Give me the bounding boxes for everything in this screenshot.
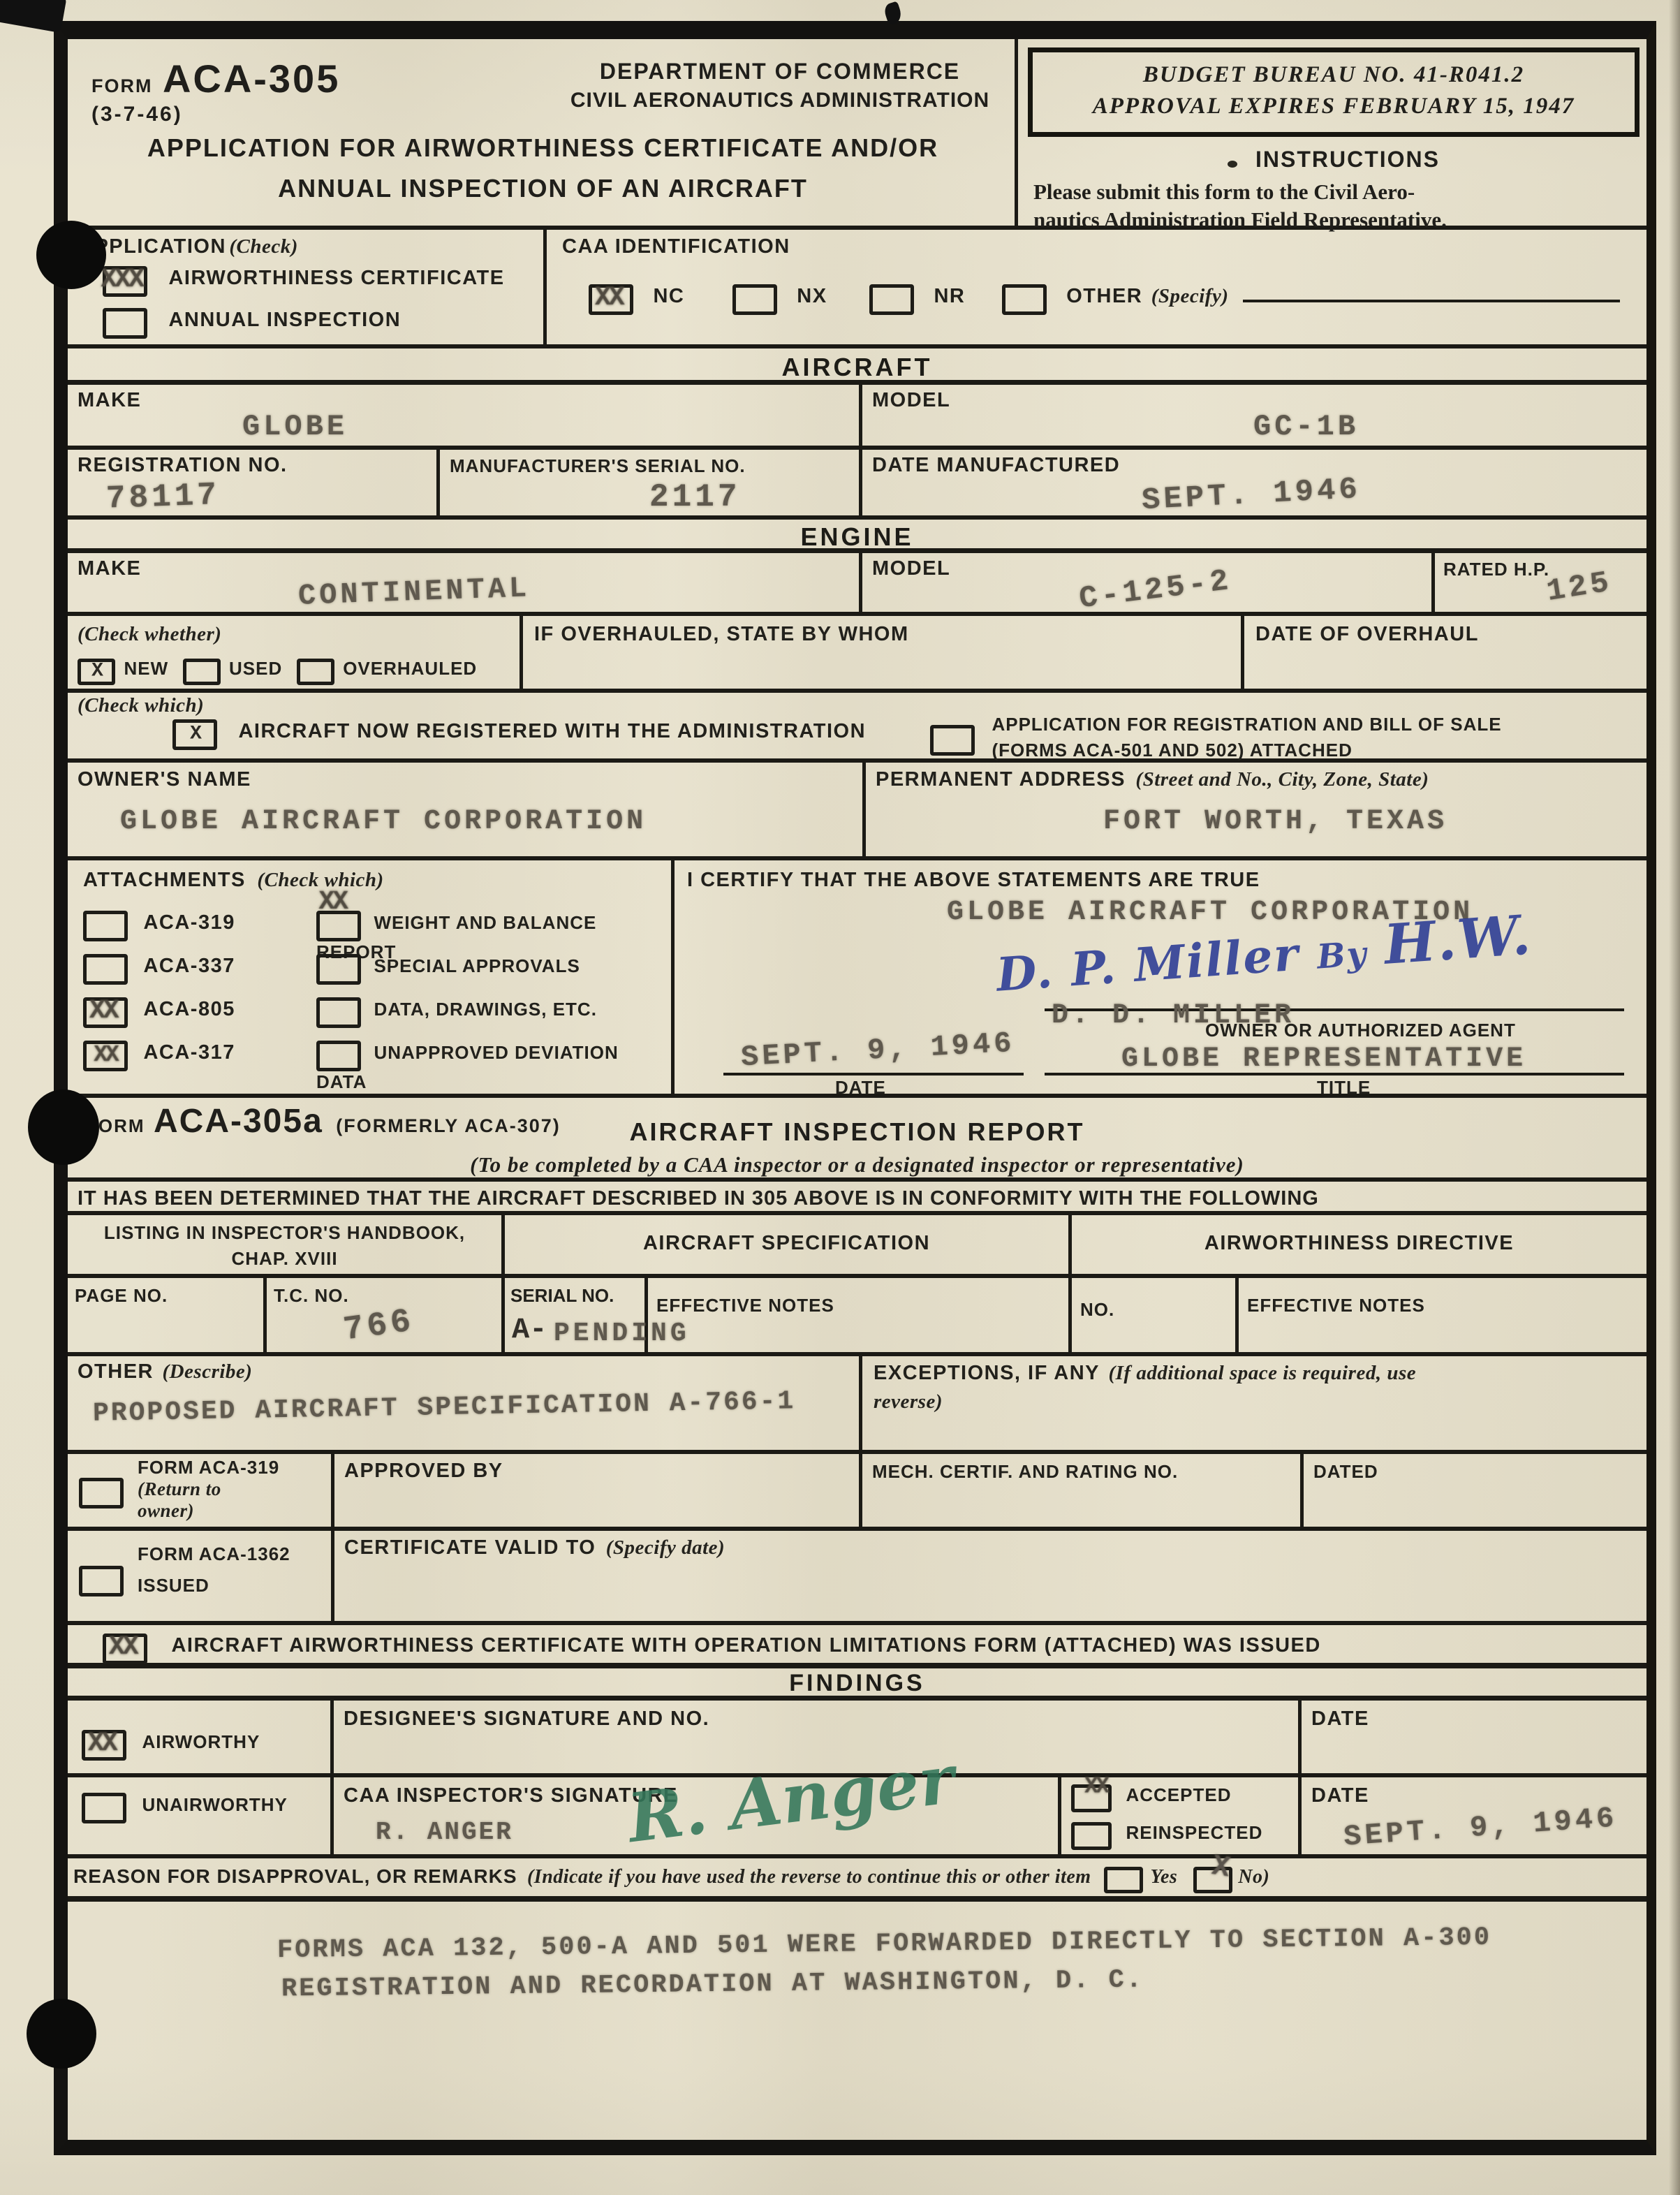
directive-no-cell[interactable]: NO. <box>1072 1278 1239 1352</box>
exceptions-note-line1: (If additional space is required, use <box>1108 1362 1416 1384</box>
overhauled-by-label: IF OVERHAULED, STATE BY WHOM <box>534 623 909 646</box>
airworthy-cell: XX AIRWORTHY <box>68 1701 334 1773</box>
form-aca319-label: FORM ACA-319 <box>138 1457 279 1478</box>
punch-hole <box>28 1089 99 1165</box>
certification-section: I CERTIFY THAT THE ABOVE STATEMENTS ARE … <box>675 860 1646 1094</box>
tc-no-value: 766 <box>341 1302 417 1350</box>
check-mark: XX <box>1084 1773 1107 1799</box>
airworthiness-certificate-checkbox[interactable]: XXX <box>103 266 147 297</box>
reason-label: REASON FOR DISAPPROVAL, OR REMARKS <box>73 1865 517 1887</box>
aircraft-registration-row: REGISTRATION NO. 78117 MANUFACTURER'S SE… <box>68 450 1646 520</box>
registration-application-label-line2: (FORMS ACA-501 AND 502) ATTACHED <box>992 740 1501 761</box>
check-mark: XX <box>94 1042 117 1068</box>
aca319-row: FORM ACA-319 (Return to owner) APPROVED … <box>68 1454 1646 1531</box>
form-number: ACA-305 <box>163 57 340 101</box>
manufacturer-serial-value: 2117 <box>649 479 740 515</box>
annual-inspection-checkbox[interactable] <box>103 308 147 339</box>
unapproved-deviation-label: UNAPPROVED DEVIATION DATA <box>316 1042 619 1092</box>
directive-notes-cell[interactable]: EFFECTIVE NOTES <box>1239 1278 1646 1352</box>
inspector-signature-cell[interactable]: CAA INSPECTOR'S SIGNATURE R. ANGER R. An… <box>334 1777 1061 1854</box>
conformity-table-subrow: PAGE NO. T.C. NO. 766 SERIAL NO. A- PEND… <box>68 1278 1646 1356</box>
registration-no-label: REGISTRATION NO. <box>78 454 288 477</box>
owner-name-value: GLOBE AIRCRAFT CORPORATION <box>120 806 647 837</box>
owner-name-label: OWNER'S NAME <box>78 768 251 791</box>
airworthy-checkbox[interactable]: XX <box>82 1730 126 1761</box>
other-describe-note: (Describe) <box>162 1360 252 1383</box>
aircraft-section-banner: AIRCRAFT <box>68 348 1646 385</box>
reinspected-checkbox[interactable] <box>1071 1822 1112 1850</box>
owner-name-cell[interactable]: OWNER'S NAME GLOBE AIRCRAFT CORPORATION <box>68 763 866 856</box>
aca319-return-cell: FORM ACA-319 (Return to owner) <box>68 1454 334 1527</box>
other-specify-note: (Specify) <box>1151 285 1229 307</box>
determination-row: IT HAS BEEN DETERMINED THAT THE AIRCRAFT… <box>68 1182 1646 1215</box>
budget-bureau-box: BUDGET BUREAU NO. 41-R041.2 APPROVAL EXP… <box>1028 47 1640 137</box>
conformity-table-header: LISTING IN INSPECTOR'S HANDBOOK, CHAP. X… <box>68 1215 1646 1278</box>
remarks-line1: FORMS ACA 132, 500-A AND 501 WERE FORWAR… <box>277 1923 1491 1965</box>
designee-date-cell[interactable]: DATE <box>1302 1701 1646 1773</box>
mech-certif-label: MECH. CERTIF. AND RATING NO. <box>872 1461 1178 1483</box>
special-approvals-checkbox[interactable] <box>316 954 361 985</box>
accepted-checkbox[interactable]: XX <box>1071 1784 1112 1812</box>
aircraft-model-cell[interactable]: MODEL GC-1B <box>862 385 1646 446</box>
nr-label: NR <box>934 285 965 307</box>
handbook-header-line1: LISTING IN INSPECTOR'S HANDBOOK, <box>68 1222 501 1244</box>
approval-expires: APPROVAL EXPIRES FEBRUARY 15, 1947 <box>1033 94 1635 119</box>
unairworthy-cell: UNAIRWORTHY <box>68 1777 334 1854</box>
check-mark: X <box>190 723 200 744</box>
aircraft-section-title: AIRCRAFT <box>68 348 1646 382</box>
aircraft-model-value: GC-1B <box>1253 410 1359 443</box>
bullet-icon <box>1228 161 1237 168</box>
form-border: FORM ACA-305 (3-7-46) DEPARTMENT OF COMM… <box>54 21 1656 2155</box>
findings-banner: FINDINGS <box>68 1668 1646 1701</box>
aca-317-checkbox[interactable]: XX <box>83 1041 128 1071</box>
certificate-valid-cell[interactable]: CERTIFICATE VALID TO (Specify date) <box>334 1531 1646 1621</box>
instructions-title: INSTRUCTIONS <box>1255 147 1440 172</box>
pending-stamp: PENDING <box>554 1319 690 1349</box>
engine-condition-cell: (Check whether) X NEW USED OVERHAULED <box>68 616 523 689</box>
form-title-line2: ANNUAL INSPECTION OF AN AIRCRAFT <box>68 174 1018 203</box>
date-rule <box>723 1073 1024 1076</box>
engine-model-value: C-125-2 <box>1077 564 1234 617</box>
airworthy-label: AIRWORTHY <box>142 1731 260 1752</box>
aircraft-model-label: MODEL <box>872 389 950 412</box>
exceptions-cell[interactable]: EXCEPTIONS, IF ANY (If additional space … <box>862 1356 1646 1450</box>
spec-serial-value: A- <box>512 1313 547 1346</box>
airworthiness-certificate-label: AIRWORTHINESS CERTIFICATE <box>168 267 504 289</box>
aircraft-make-row: MAKE GLOBE MODEL GC-1B <box>68 385 1646 450</box>
exceptions-label: EXCEPTIONS, IF ANY <box>874 1362 1100 1384</box>
special-approvals-label: SPECIAL APPROVALS <box>374 955 580 976</box>
overhaul-date-label: DATE OF OVERHAUL <box>1255 623 1479 646</box>
page-no-cell[interactable]: PAGE NO. <box>68 1278 267 1352</box>
page-no-label: PAGE NO. <box>75 1285 168 1307</box>
exceptions-note-line2: reverse) <box>874 1390 1416 1414</box>
handbook-header-line2: CHAP. XVIII <box>68 1248 501 1270</box>
tc-no-cell[interactable]: T.C. NO. 766 <box>267 1278 505 1352</box>
agent-label: OWNER OR AUTHORIZED AGENT <box>1205 1020 1516 1041</box>
inspection-date-cell[interactable]: DATE SEPT. 9, 1946 <box>1302 1777 1646 1854</box>
aircraft-make-cell[interactable]: MAKE GLOBE <box>68 385 862 446</box>
other-describe-label: OTHER <box>78 1360 154 1383</box>
overhauled-by-cell[interactable]: IF OVERHAULED, STATE BY WHOM <box>523 616 1244 689</box>
inspection-report-header: FORM ACA-305a (FORMERLY ACA-307) AIRCRAF… <box>68 1098 1646 1182</box>
aca-805-checkbox[interactable]: XX <box>83 997 128 1028</box>
nc-label: NC <box>653 285 684 307</box>
rated-hp-cell[interactable]: RATED H.P. 125 <box>1435 553 1646 612</box>
nx-checkbox[interactable] <box>732 284 777 315</box>
data-drawings-label: DATA, DRAWINGS, ETC. <box>374 999 596 1020</box>
certify-title-label: TITLE <box>1317 1077 1371 1099</box>
designee-signature-label: DESIGNEE'S SIGNATURE AND NO. <box>344 1708 709 1731</box>
form-header-left: FORM ACA-305 (3-7-46) DEPARTMENT OF COMM… <box>68 39 1018 226</box>
directive-header-cell: AIRWORTHINESS DIRECTIVE <box>1072 1215 1646 1274</box>
remarks-area[interactable]: FORMS ACA 132, 500-A AND 501 WERE FORWAR… <box>68 1902 1646 2142</box>
check-mark: XX <box>88 1728 116 1759</box>
inspection-date-label: DATE <box>1311 1784 1369 1807</box>
spec-notes-cell[interactable]: EFFECTIVE NOTES <box>648 1278 1072 1352</box>
reason-row: REASON FOR DISAPPROVAL, OR REMARKS (Indi… <box>68 1858 1646 1902</box>
engine-make-value: CONTINENTAL <box>297 571 531 613</box>
form-aca319-return-note1: (Return to <box>138 1478 279 1500</box>
owner-address-value: FORT WORTH, TEXAS <box>1103 806 1447 837</box>
punch-hole <box>36 221 106 289</box>
registration-no-value: 78117 <box>105 477 221 517</box>
form-revision: (3-7-46) <box>91 103 340 126</box>
inspector-name-stamp: R. ANGER <box>376 1818 513 1847</box>
engine-make-row: MAKE CONTINENTAL MODEL C-125-2 RATED H.P… <box>68 553 1646 616</box>
nr-checkbox[interactable] <box>869 284 914 315</box>
engine-overhauled-checkbox[interactable] <box>297 659 334 685</box>
form-header-right: BUDGET BUREAU NO. 41-R041.2 APPROVAL EXP… <box>1018 39 1646 226</box>
aca-317-label: ACA-317 <box>143 1041 235 1064</box>
directive-notes-label: EFFECTIVE NOTES <box>1247 1295 1425 1316</box>
engine-new-label: NEW <box>124 658 168 679</box>
determination-text: IT HAS BEEN DETERMINED THAT THE AIRCRAFT… <box>78 1187 1319 1210</box>
unairworthy-checkbox[interactable] <box>82 1793 126 1823</box>
caa-identification-section: CAA IDENTIFICATION XX NC NX NR OTHER (Sp… <box>547 230 1646 344</box>
handbook-header-cell: LISTING IN INSPECTOR'S HANDBOOK, CHAP. X… <box>68 1215 505 1274</box>
engine-condition-row: (Check whether) X NEW USED OVERHAULED IF… <box>68 616 1646 693</box>
instructions-line1: Please submit this form to the Civil Aer… <box>1033 179 1640 205</box>
spec-serial-cell[interactable]: SERIAL NO. A- PENDING <box>505 1278 648 1352</box>
form-aca319-return-note2: owner) <box>138 1500 279 1522</box>
certificate-issued-label: AIRCRAFT AIRWORTHINESS CERTIFICATE WITH … <box>171 1634 1320 1657</box>
attachments-certification-row: ATTACHMENTS (Check which) ACA-319 ACA-33… <box>68 860 1646 1098</box>
registered-label: AIRCRAFT NOW REGISTERED WITH THE ADMINIS… <box>238 720 866 742</box>
engine-section-title: ENGINE <box>68 520 1646 552</box>
designee-date-label: DATE <box>1311 1708 1369 1731</box>
aircraft-make-value: GLOBE <box>242 410 348 443</box>
check-mark: XX <box>318 887 346 917</box>
check-mark: XX <box>595 283 623 313</box>
engine-make-label: MAKE <box>78 557 141 580</box>
department-line1: DEPARTMENT OF COMMERCE <box>550 59 1010 85</box>
directive-header: AIRWORTHINESS DIRECTIVE <box>1072 1232 1646 1255</box>
dated-cell[interactable]: DATED <box>1304 1454 1646 1527</box>
form-aca1362-label: FORM ACA-1362 <box>138 1543 290 1565</box>
accepted-label: ACCEPTED <box>1126 1784 1231 1805</box>
form-word: FORM <box>91 75 152 96</box>
certify-statement: I CERTIFY THAT THE ABOVE STATEMENTS ARE … <box>687 869 1260 892</box>
punch-hole <box>27 1999 96 2069</box>
remarks-line2: REGISTRATION AND RECORDATION AT WASHINGT… <box>281 1966 1144 2004</box>
check-mark: XX <box>89 996 117 1026</box>
unapproved-deviation-checkbox[interactable] <box>316 1041 361 1071</box>
spec-notes-label: EFFECTIVE NOTES <box>656 1295 834 1316</box>
directive-no-label: NO. <box>1080 1299 1114 1321</box>
engine-used-checkbox[interactable] <box>183 659 221 685</box>
registration-status-row: (Check which) X AIRCRAFT NOW REGISTERED … <box>68 693 1646 763</box>
engine-model-cell[interactable]: MODEL C-125-2 <box>862 553 1435 612</box>
spec-header: AIRCRAFT SPECIFICATION <box>505 1232 1068 1255</box>
reason-note: (Indicate if you have used the reverse t… <box>527 1866 1091 1888</box>
rated-hp-label: RATED H.P. <box>1443 559 1549 580</box>
department-line2: CIVIL AERONAUTICS ADMINISTRATION <box>550 89 1010 112</box>
mech-certif-cell[interactable]: MECH. CERTIF. AND RATING NO. <box>862 1454 1304 1527</box>
registration-no-cell[interactable]: REGISTRATION NO. 78117 <box>68 450 440 515</box>
check-whether-note: (Check whether) <box>78 623 221 646</box>
aircraft-make-label: MAKE <box>78 389 141 412</box>
rated-hp-value: 125 <box>1545 565 1615 610</box>
spec-serial-label: SERIAL NO. <box>510 1285 614 1307</box>
annual-inspection-label: ANNUAL INSPECTION <box>168 309 401 331</box>
registration-application-label-line1: APPLICATION FOR REGISTRATION AND BILL OF… <box>992 714 1501 735</box>
engine-new-checkbox[interactable]: X <box>78 659 115 685</box>
nc-checkbox[interactable]: XX <box>589 284 633 315</box>
check-which-note: (Check which) <box>78 694 204 717</box>
nx-label: NX <box>797 285 827 307</box>
aca1362-row: FORM ACA-1362 ISSUED CERTIFICATE VALID T… <box>68 1531 1646 1625</box>
other-describe-cell[interactable]: OTHER (Describe) PROPOSED AIRCRAFT SPECI… <box>68 1356 862 1450</box>
attachments-section: ATTACHMENTS (Check which) ACA-319 ACA-33… <box>68 860 675 1094</box>
tc-no-label: T.C. NO. <box>274 1285 349 1307</box>
form-aca319-checkbox[interactable] <box>79 1478 124 1508</box>
date-manufactured-label: DATE MANUFACTURED <box>872 454 1120 477</box>
engine-overhauled-label: OVERHAULED <box>343 658 477 679</box>
aca-337-checkbox[interactable] <box>83 954 128 985</box>
certify-date-label: DATE <box>835 1077 886 1099</box>
check-mark: X <box>91 660 101 682</box>
other-exceptions-row: OTHER (Describe) PROPOSED AIRCRAFT SPECI… <box>68 1356 1646 1454</box>
other-describe-value: PROPOSED AIRCRAFT SPECIFICATION A-766-1 <box>93 1386 796 1429</box>
scan-artifact <box>0 0 67 33</box>
inspector-row: UNAIRWORTHY CAA INSPECTOR'S SIGNATURE R.… <box>68 1777 1646 1858</box>
data-drawings-checkbox[interactable] <box>316 997 361 1028</box>
title-value-stamp: GLOBE REPRESENTATIVE <box>1121 1043 1526 1075</box>
registered-checkbox[interactable]: X <box>172 719 217 750</box>
reverse-yes-checkbox[interactable] <box>1104 1867 1143 1893</box>
attachments-label: ATTACHMENTS <box>83 869 246 891</box>
registration-application-checkbox[interactable] <box>930 725 975 756</box>
engine-used-label: USED <box>229 658 282 679</box>
dated-label: DATED <box>1313 1461 1378 1483</box>
aca-319-label: ACA-319 <box>143 911 235 934</box>
spec-header-cell: AIRCRAFT SPECIFICATION <box>505 1215 1072 1274</box>
reverse-yes-label: Yes <box>1150 1866 1177 1888</box>
reverse-no-checkbox[interactable]: X <box>1193 1867 1232 1893</box>
certificate-issued-checkbox[interactable]: XX <box>103 1634 147 1664</box>
findings-title: FINDINGS <box>68 1668 1646 1697</box>
weight-balance-checkbox[interactable]: XX <box>316 911 361 941</box>
reinspected-label: REINSPECTED <box>1126 1822 1262 1843</box>
date-manufactured-cell[interactable]: DATE MANUFACTURED SEPT. 1946 <box>862 450 1646 515</box>
inspection-date-value: SEPT. 9, 1946 <box>1343 1801 1619 1853</box>
caa-identification-label: CAA IDENTIFICATION <box>562 235 790 258</box>
certificate-issued-row: XX AIRCRAFT AIRWORTHINESS CERTIFICATE WI… <box>68 1625 1646 1668</box>
owner-address-note: (Street and No., City, Zone, State) <box>1135 768 1429 791</box>
application-check-note: (Check) <box>229 235 298 258</box>
owner-row: OWNER'S NAME GLOBE AIRCRAFT CORPORATION … <box>68 763 1646 860</box>
scan-artifact <box>1669 0 1680 2195</box>
other-checkbox[interactable] <box>1002 284 1047 315</box>
manufacturer-serial-label: MANUFACTURER'S SERIAL NO. <box>450 455 746 477</box>
engine-section-banner: ENGINE <box>68 520 1646 553</box>
check-mark: XXX <box>101 265 142 295</box>
owner-address-label: PERMANENT ADDRESS <box>876 768 1126 791</box>
manufacturer-serial-cell[interactable]: MANUFACTURER'S SERIAL NO. 2117 <box>440 450 862 515</box>
form-aca1362-checkbox[interactable] <box>79 1566 124 1596</box>
overhaul-date-cell[interactable]: DATE OF OVERHAUL <box>1244 616 1646 689</box>
date-manufactured-value: SEPT. 1946 <box>1141 472 1362 518</box>
certificate-valid-note: (Specify date) <box>606 1536 725 1559</box>
certify-date-value: SEPT. 9, 1946 <box>740 1027 1016 1074</box>
check-mark: XX <box>109 1632 137 1662</box>
inspection-report-title: AIRCRAFT INSPECTION REPORT <box>68 1117 1646 1147</box>
owner-address-cell[interactable]: PERMANENT ADDRESS (Street and No., City,… <box>866 763 1646 856</box>
aca-337-label: ACA-337 <box>143 955 235 977</box>
reverse-no-label: No) <box>1238 1866 1269 1888</box>
title-rule <box>1045 1073 1624 1076</box>
engine-model-label: MODEL <box>872 557 950 580</box>
aca-805-label: ACA-805 <box>143 998 235 1020</box>
form-header: FORM ACA-305 (3-7-46) DEPARTMENT OF COMM… <box>68 39 1646 230</box>
aca1362-cell: FORM ACA-1362 ISSUED <box>68 1531 334 1621</box>
unairworthy-label: UNAIRWORTHY <box>142 1794 287 1815</box>
application-section: APPLICATION (Check) XXX AIRWORTHINESS CE… <box>68 230 547 344</box>
application-row: APPLICATION (Check) XXX AIRWORTHINESS CE… <box>68 230 1646 348</box>
other-specify-input[interactable] <box>1243 300 1620 302</box>
approved-by-cell[interactable]: APPROVED BY <box>334 1454 862 1527</box>
approved-by-label: APPROVED BY <box>344 1460 503 1483</box>
certificate-valid-label: CERTIFICATE VALID TO <box>344 1536 596 1559</box>
instructions-box: INSTRUCTIONS Please submit this form to … <box>1028 142 1640 226</box>
inspection-report-subtitle: (To be completed by a CAA inspector or a… <box>68 1152 1646 1177</box>
form-aca1362-issued-label: ISSUED <box>138 1575 290 1596</box>
other-label: OTHER <box>1066 285 1142 307</box>
aca-319-checkbox[interactable] <box>83 911 128 941</box>
accepted-cell: XX ACCEPTED REINSPECTED <box>1061 1777 1302 1854</box>
instructions-line2: nautics Administration Field Representat… <box>1033 207 1640 233</box>
form-title-line1: APPLICATION FOR AIRWORTHINESS CERTIFICAT… <box>68 133 1018 163</box>
engine-make-cell[interactable]: MAKE CONTINENTAL <box>68 553 862 612</box>
budget-bureau-no: BUDGET BUREAU NO. 41-R041.2 <box>1033 62 1635 88</box>
